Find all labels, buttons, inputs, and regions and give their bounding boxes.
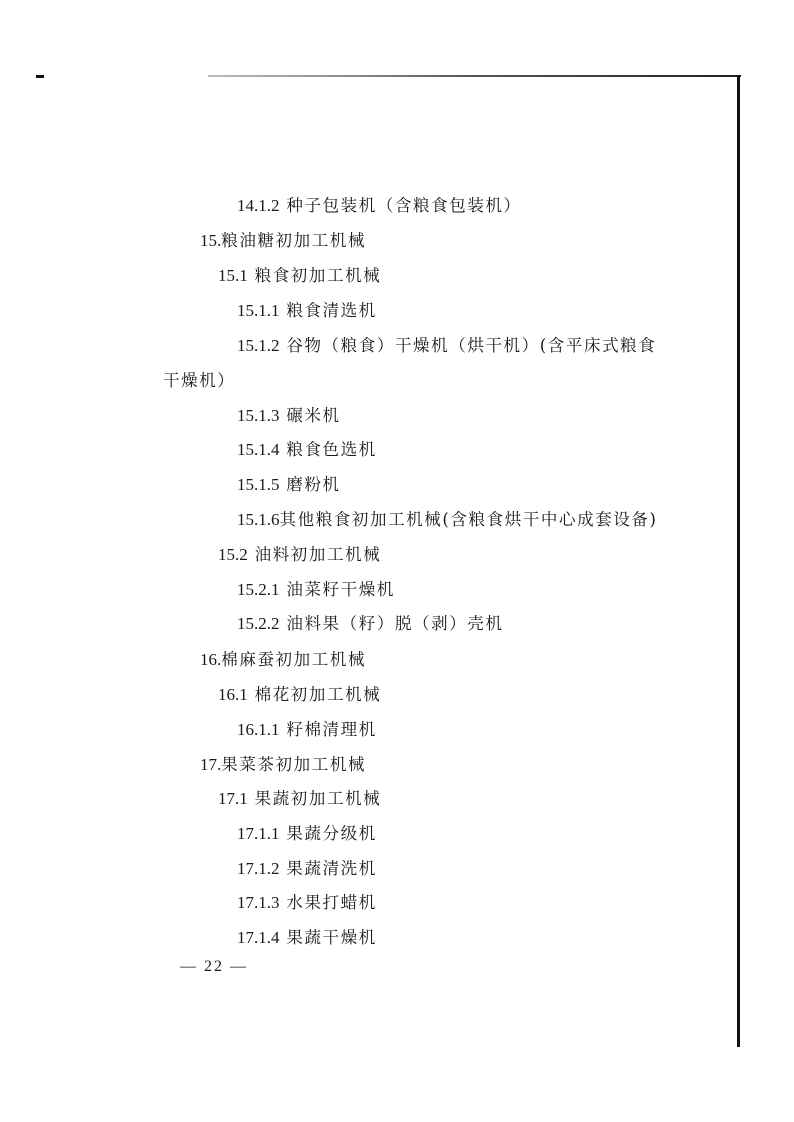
page-number: — 22 — (180, 958, 248, 976)
item-number: 17.1 (218, 789, 248, 808)
item-text: 果蔬清洗机 (280, 859, 377, 878)
item-text: 果蔬分级机 (280, 824, 377, 843)
item-number: 15. (200, 231, 221, 250)
list-item: 14.1.2 种子包装机（含粮食包装机） (237, 196, 522, 216)
item-text: 果菜茶初加工机械 (221, 755, 366, 774)
item-number: 15.1.6 (237, 510, 280, 529)
item-text: 水果打蜡机 (280, 893, 377, 912)
item-text: 碾米机 (280, 406, 341, 425)
item-text: 种子包装机（含粮食包装机） (280, 196, 522, 215)
item-text: 油料果（籽）脱（剥）壳机 (280, 614, 504, 633)
item-number: 15.1.2 (237, 336, 280, 355)
list-item: 17.1.2 果蔬清洗机 (237, 859, 377, 879)
list-item: 15.1.6其他粮食初加工机械(含粮食烘干中心成套设备) (237, 510, 658, 530)
item-number: 15.2.1 (237, 580, 280, 599)
item-number: 17.1.3 (237, 893, 280, 912)
list-item: 15.1.2 谷物（粮食）干燥机（烘干机）(含平床式粮食 (237, 336, 656, 356)
item-number: 15.1.5 (237, 475, 280, 494)
item-text: 果蔬初加工机械 (248, 789, 382, 808)
item-number: 15.1.3 (237, 406, 280, 425)
item-number: 17.1.4 (237, 928, 280, 947)
item-text: 其他粮食初加工机械(含粮食烘干中心成套设备) (280, 510, 658, 529)
item-number: 16.1 (218, 685, 248, 704)
item-text: 磨粉机 (280, 475, 341, 494)
list-item: 15.1 粮食初加工机械 (218, 266, 381, 286)
item-text: 粮食色选机 (280, 440, 377, 459)
item-number: 16. (200, 650, 221, 669)
top-border-rule (208, 75, 741, 77)
item-text: 油菜籽干燥机 (280, 580, 395, 599)
list-item: 15.2.2 油料果（籽）脱（剥）壳机 (237, 614, 504, 634)
item-text: 粮食初加工机械 (248, 266, 382, 285)
list-item: 15.粮油糖初加工机械 (200, 231, 366, 251)
item-number: 17. (200, 755, 221, 774)
list-item: 17.1.3 水果打蜡机 (237, 893, 377, 913)
item-text: 粮食清选机 (280, 301, 377, 320)
item-number: 16.1.1 (237, 720, 280, 739)
item-number: 15.1 (218, 266, 248, 285)
list-item: 17.1.4 果蔬干燥机 (237, 928, 377, 948)
list-item: 15.1.3 碾米机 (237, 406, 341, 426)
item-number: 17.1.2 (237, 859, 280, 878)
item-number: 15.2 (218, 545, 248, 564)
item-number: 15.2.2 (237, 614, 280, 633)
item-number: 17.1.1 (237, 824, 280, 843)
list-item: 15.2.1 油菜籽干燥机 (237, 580, 395, 600)
list-item: 17.1 果蔬初加工机械 (218, 789, 381, 809)
item-text: 棉麻蚕初加工机械 (221, 650, 366, 669)
scan-mark (36, 75, 44, 78)
item-text: 干燥机） (163, 371, 235, 390)
list-item: 15.1.1 粮食清选机 (237, 301, 377, 321)
item-text: 籽棉清理机 (280, 720, 377, 739)
item-number: 15.1.1 (237, 301, 280, 320)
list-item: 15.1.5 磨粉机 (237, 475, 341, 495)
list-item: 15.2 油料初加工机械 (218, 545, 381, 565)
item-text: 棉花初加工机械 (248, 685, 382, 704)
list-item: 16.1 棉花初加工机械 (218, 685, 381, 705)
item-text: 粮油糖初加工机械 (221, 231, 366, 250)
list-item: 17.1.1 果蔬分级机 (237, 824, 377, 844)
item-text: 果蔬干燥机 (280, 928, 377, 947)
item-number: 14.1.2 (237, 196, 280, 215)
list-item: 干燥机） (163, 371, 235, 391)
item-text: 谷物（粮食）干燥机（烘干机）(含平床式粮食 (280, 336, 657, 355)
right-border-rule (737, 75, 740, 1047)
list-item: 15.1.4 粮食色选机 (237, 440, 377, 460)
list-item: 16.棉麻蚕初加工机械 (200, 650, 366, 670)
list-item: 17.果菜茶初加工机械 (200, 755, 366, 775)
list-item: 16.1.1 籽棉清理机 (237, 720, 377, 740)
item-number: 15.1.4 (237, 440, 280, 459)
item-text: 油料初加工机械 (248, 545, 382, 564)
